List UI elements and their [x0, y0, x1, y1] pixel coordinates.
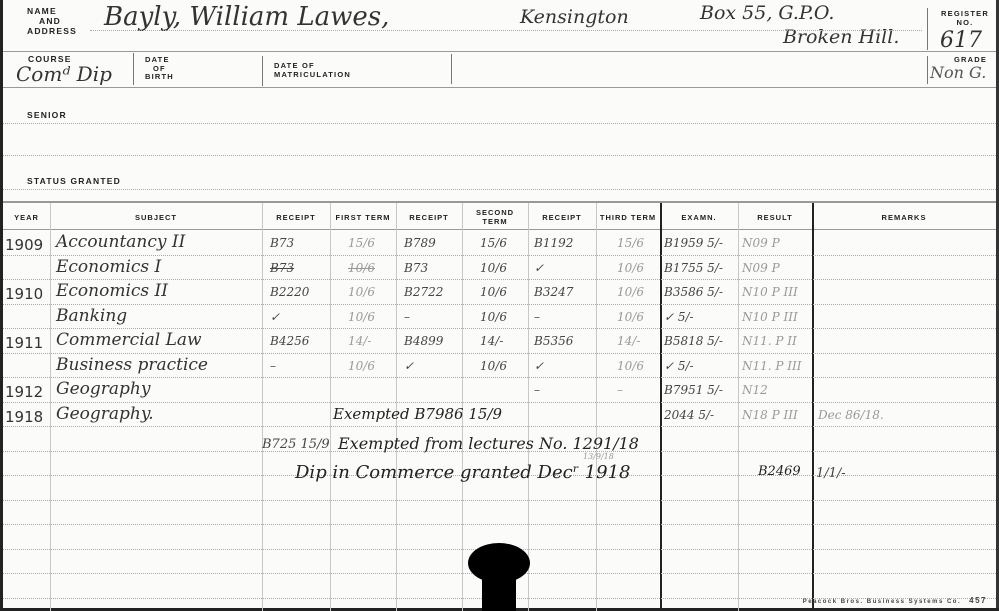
cell-term3: 10/6	[617, 261, 644, 275]
cell-receipt2: B73	[404, 261, 428, 275]
cell-term1: 10/6	[348, 310, 375, 324]
cell-receipt3: B5356	[534, 334, 573, 348]
cell-receipt3: B1192	[534, 236, 573, 250]
note-exempted-date: 13/9/18	[583, 452, 614, 461]
note-exempted-1918: Exempted from lectures No. 1291/18	[338, 434, 639, 453]
cell-receipt3: ✓	[534, 359, 544, 373]
grade-divider	[927, 56, 928, 84]
row-rule	[3, 255, 996, 256]
cell-exam: B5818 5/-	[664, 334, 723, 348]
senior-label: Senior	[27, 111, 67, 121]
note-exempted-1912: Exempted B7986 15/9	[333, 405, 502, 423]
cell-subject: Geography.	[56, 404, 154, 424]
cell-receipt1: B73	[270, 236, 294, 250]
cell-term3: –	[617, 383, 623, 397]
matriculation-label: Date of Matriculation	[274, 62, 351, 79]
cell-term1: 10/6	[348, 285, 375, 299]
col-header-remarks: Remarks	[812, 206, 996, 228]
cell-receipt3: –	[534, 383, 540, 397]
cell-term2: 10/6	[480, 285, 507, 299]
cell-receipt3: B3247	[534, 285, 573, 299]
cell-subject: Banking	[56, 306, 127, 326]
cell-term2: 14/-	[480, 334, 503, 348]
cell-year: 1918	[5, 408, 43, 426]
cell-result: N10 P III	[742, 285, 798, 299]
cell-year: 1909	[5, 236, 43, 254]
row-rule	[3, 353, 996, 354]
cell-result: N11. P II	[742, 334, 797, 348]
row-rule	[3, 426, 996, 427]
row-rule	[3, 304, 996, 305]
cell-term1: 10/6	[348, 261, 375, 275]
register-number: 617	[940, 28, 982, 53]
cell-term1: 14/-	[348, 334, 371, 348]
course-divider	[133, 53, 134, 85]
col-header-second-term: Second Term	[462, 206, 528, 228]
row-rule	[3, 402, 996, 403]
col-header-subject: Subject	[50, 206, 262, 228]
cell-exam: ✓ 5/-	[664, 310, 694, 324]
cell-term3: 10/6	[617, 285, 644, 299]
cell-term2: 10/6	[480, 261, 507, 275]
cell-exam: 2044 5/-	[664, 408, 714, 422]
col-header-first-term: First Term	[330, 206, 396, 228]
cell-result: N10 P III	[742, 310, 798, 324]
col-header-receipt-3: Receipt	[528, 206, 596, 228]
cell-receipt1: B4256	[270, 334, 309, 348]
printer-name: Peacock Bros. Business Systems Co.	[803, 599, 961, 605]
cell-year: 1910	[5, 285, 43, 303]
blank-line	[3, 155, 996, 156]
name-address-label: NAME AND ADDRESS	[27, 7, 77, 36]
note-receipt-1918: B725 15/9	[262, 437, 330, 452]
printer-imprint: Peacock Bros. Business Systems Co.457	[803, 596, 987, 605]
cell-receipt3: –	[534, 310, 540, 324]
note-diploma-granted: Dip in Commerce granted Decʳ 1918	[295, 462, 631, 483]
header-divider-1	[3, 51, 996, 52]
cell-result: N12	[742, 383, 768, 397]
form-number: 457	[969, 596, 987, 605]
cell-result: N09 P	[742, 236, 780, 250]
cell-receipt1: –	[270, 359, 276, 373]
cell-receipt2: –	[404, 310, 410, 324]
cell-receipt2: B4899	[404, 334, 443, 348]
cell-term3: 15/6	[617, 236, 644, 250]
cell-exam: B7951 5/-	[664, 383, 723, 397]
cell-term1: 15/6	[348, 236, 375, 250]
cell-subject: Commercial Law	[56, 330, 202, 350]
status-granted-label: Status Granted	[27, 177, 121, 187]
note-diploma-fee: 1/1/-	[816, 466, 846, 481]
row-rule	[3, 524, 996, 525]
cell-result: N18 P III	[742, 408, 798, 422]
header-divider-2	[3, 87, 996, 88]
cell-subject: Business practice	[56, 355, 208, 375]
cell-term1: 10/6	[348, 359, 375, 373]
table-header-underline	[3, 229, 996, 230]
cell-result: N09 P	[742, 261, 780, 275]
cell-term3: 10/6	[617, 310, 644, 324]
senior-line	[3, 123, 996, 124]
cell-receipt2: B2722	[404, 285, 443, 299]
cell-subject: Economics II	[56, 281, 168, 301]
cell-term2: 10/6	[480, 359, 507, 373]
status-line	[3, 189, 996, 190]
matriculation-divider	[451, 54, 452, 84]
col-header-third-term: Third Term	[596, 206, 660, 228]
cell-exam: B3586 5/-	[664, 285, 723, 299]
cell-receipt1: ✓	[270, 310, 280, 324]
label-line: Birth	[145, 73, 174, 82]
student-suburb: Kensington	[520, 6, 629, 28]
cell-term3: 14/-	[617, 334, 640, 348]
student-name: Bayly, William Lawes,	[104, 2, 389, 32]
col-header-receipt-1: Receipt	[262, 206, 330, 228]
cell-exam: B1755 5/-	[664, 261, 723, 275]
row-rule	[3, 328, 996, 329]
card-border-left	[0, 0, 3, 611]
student-record-card: NAME AND ADDRESS Bayly, William Lawes, K…	[0, 0, 999, 611]
cell-subject: Geography	[56, 379, 150, 399]
label-line: Matriculation	[274, 71, 351, 80]
cell-year: 1911	[5, 334, 43, 352]
cell-term2: 10/6	[480, 310, 507, 324]
col-header-year: Year	[3, 206, 50, 228]
name-dotted-line	[90, 30, 922, 31]
cell-subject: Accountancy II	[56, 232, 185, 252]
cell-exam: ✓ 5/-	[664, 359, 694, 373]
row-rule	[3, 279, 996, 280]
label-line: No.	[935, 19, 995, 28]
cell-subject: Economics I	[56, 257, 161, 277]
row-rule	[3, 377, 996, 378]
cell-receipt1: B2220	[270, 285, 309, 299]
col-header-examn: Examn.	[660, 206, 738, 228]
table-top-border	[3, 201, 996, 203]
cell-exam: B1959 5/-	[664, 236, 723, 250]
cell-remarks: Dec 86/18.	[818, 408, 884, 422]
cell-receipt1: B73	[270, 261, 294, 275]
cell-year: 1912	[5, 383, 43, 401]
cell-result: N11. P III	[742, 359, 802, 373]
cell-receipt2: ✓	[404, 359, 414, 373]
address-line-1: Box 55, G.P.O.	[700, 2, 834, 24]
dob-divider	[262, 56, 263, 86]
col-header-result: Result	[738, 206, 812, 228]
cell-term3: 10/6	[617, 359, 644, 373]
punch-hole-slot	[482, 570, 516, 611]
label-line: ADDRESS	[27, 27, 77, 37]
register-divider	[927, 8, 928, 50]
row-rule	[3, 500, 996, 501]
course-value: Comᵈ Dip	[16, 62, 112, 86]
register-label: Register No.	[935, 10, 995, 27]
cell-term2: 15/6	[480, 236, 507, 250]
grade-value: Non G.	[930, 63, 986, 82]
cell-receipt3: ✓	[534, 261, 544, 275]
dob-label: Date of Birth	[145, 56, 174, 82]
cell-receipt2: B789	[404, 236, 436, 250]
col-header-receipt-2: Receipt	[396, 206, 462, 228]
note-diploma-receipt: B2469	[758, 464, 801, 479]
